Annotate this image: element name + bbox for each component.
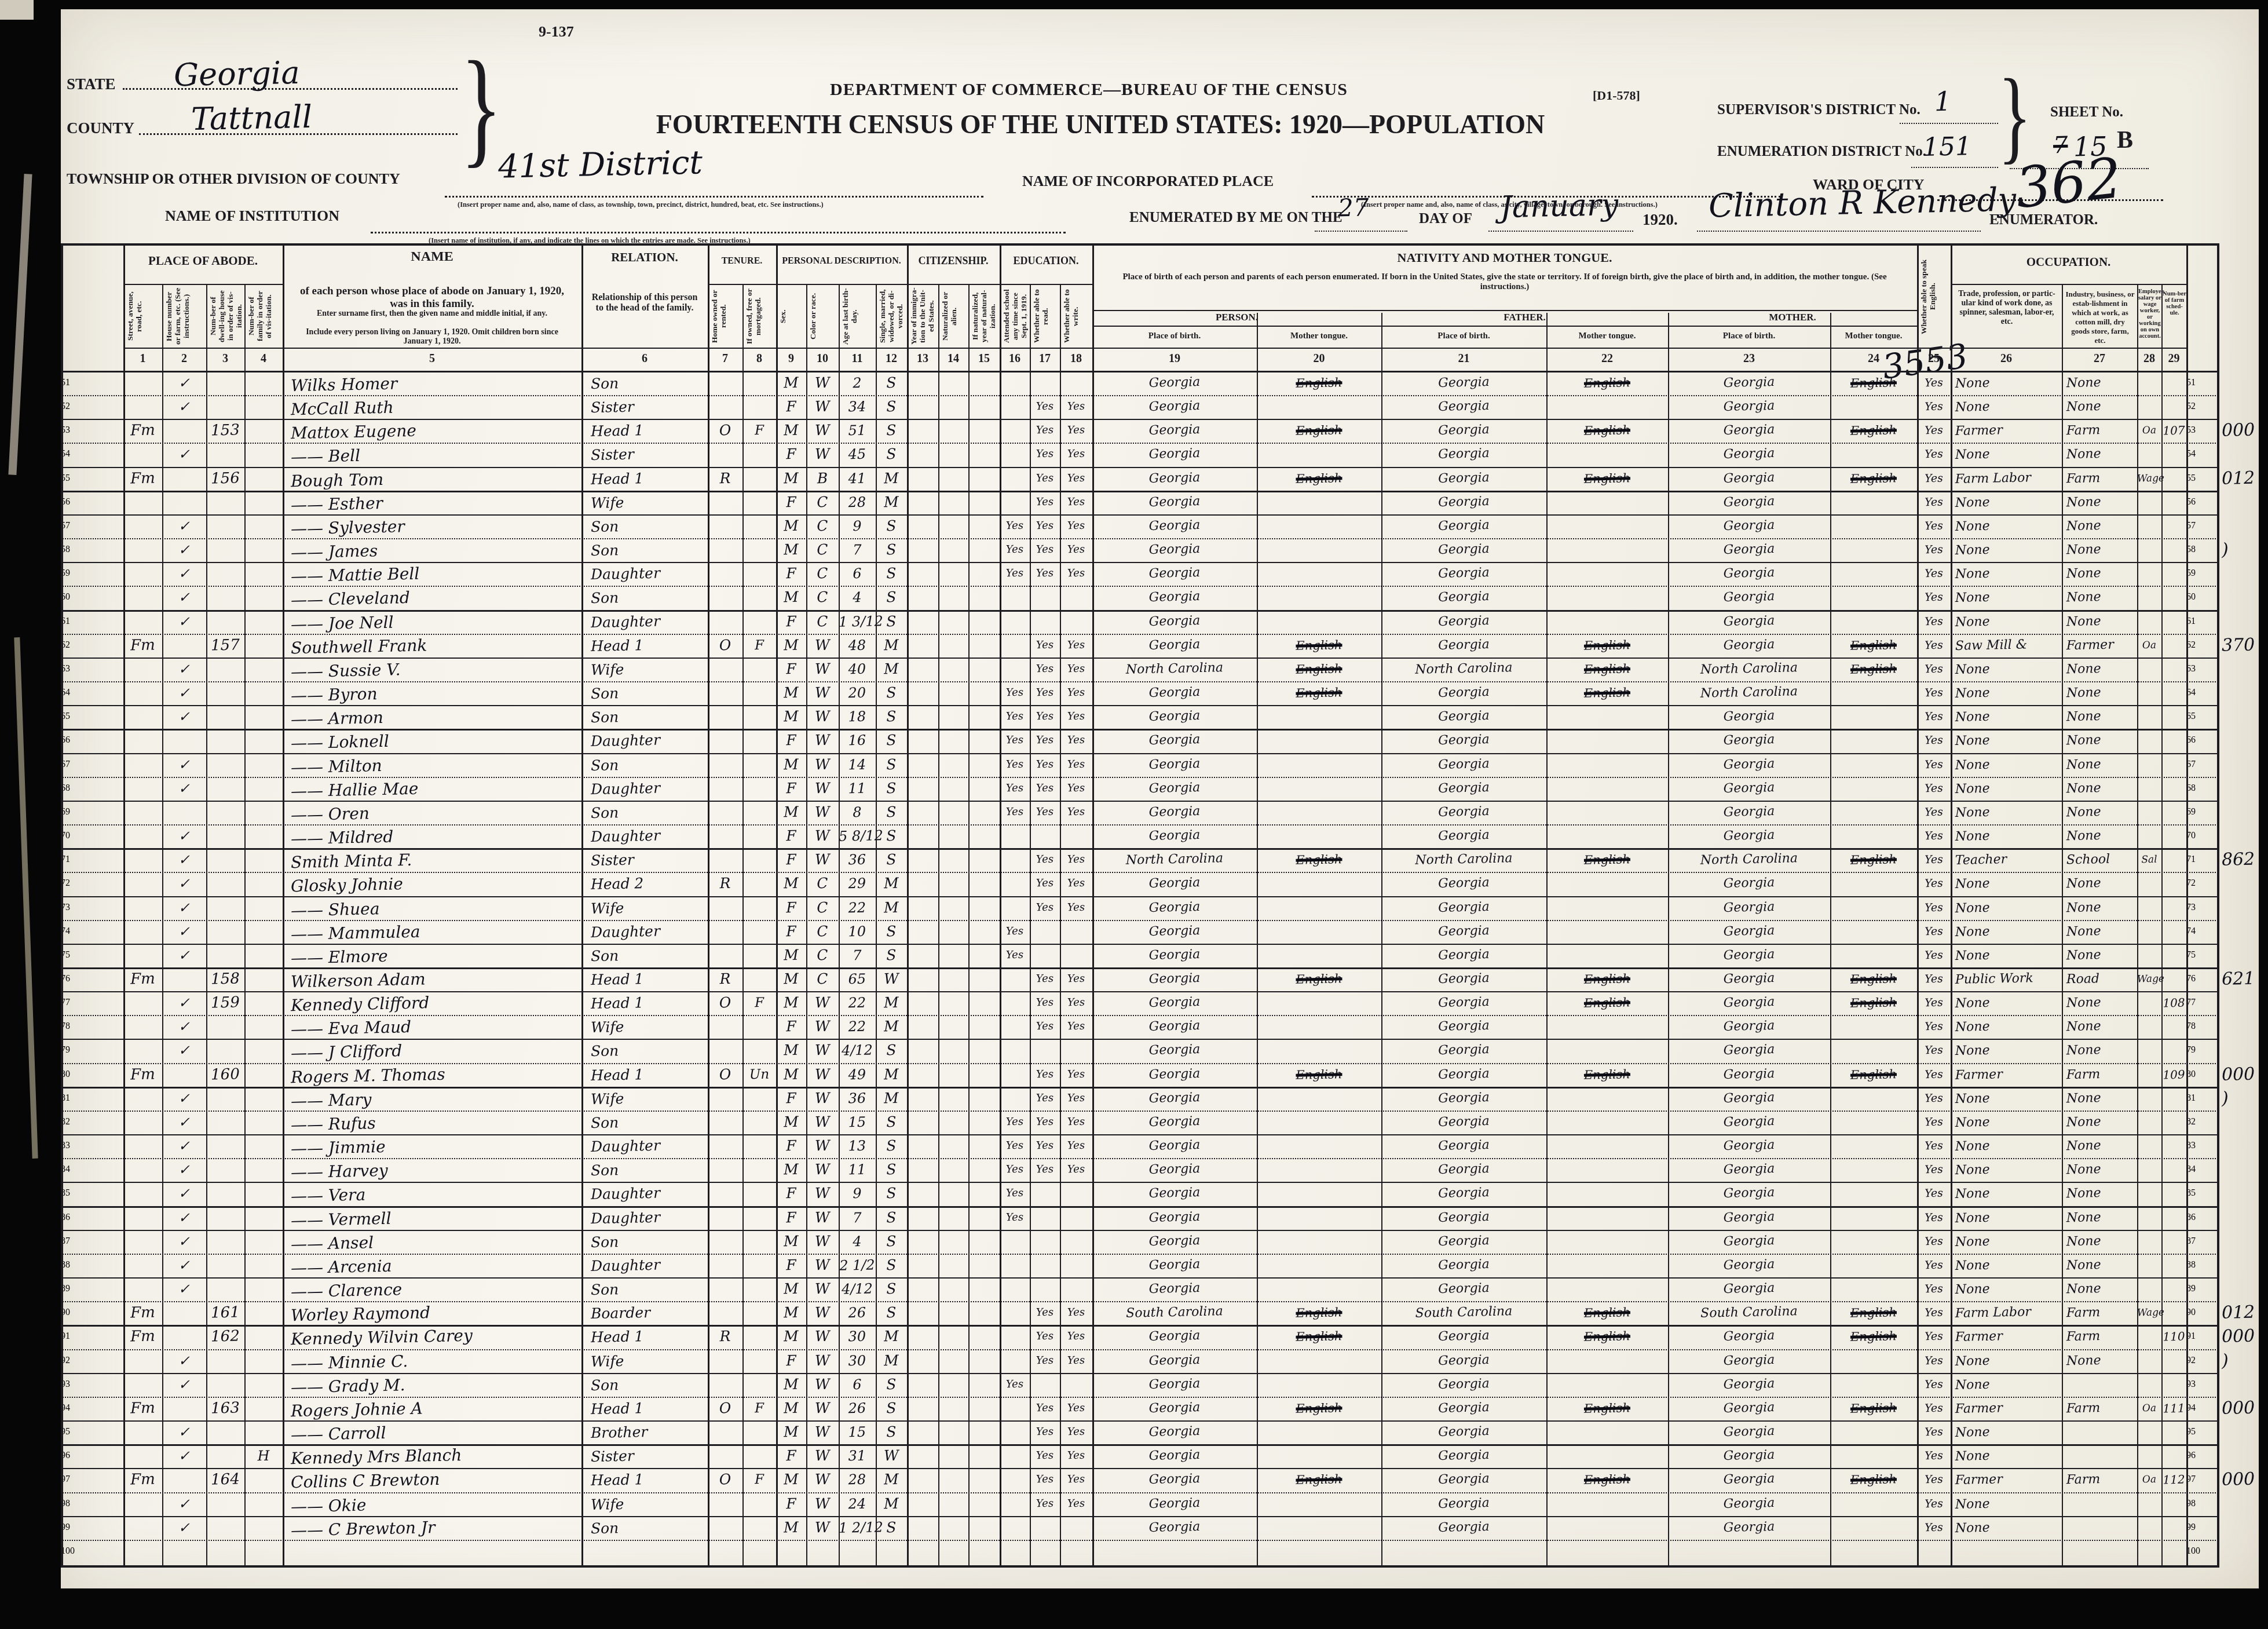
cell-rl: Daughter (581, 1252, 718, 1279)
grid-vline (123, 243, 125, 1565)
cell-rd: Yes (1030, 777, 1060, 801)
cell-wr: Yes (1060, 514, 1093, 539)
cell-en: Yes (1917, 1420, 1951, 1445)
cell-cr: W (806, 681, 839, 706)
cell-wr: Yes (1060, 491, 1093, 515)
cell-fp: Georgia (1381, 1062, 1547, 1089)
cell-mp: Georgia (1668, 1396, 1831, 1423)
census-title: FOURTEENTH CENSUS OF THE UNITED STATES: … (649, 109, 1552, 140)
cell-rl: Son (581, 1229, 718, 1255)
cell-fp: Georgia (1381, 1491, 1547, 1518)
cell-rl: Wife (581, 1014, 718, 1041)
cell-ln: 68 (61, 777, 123, 801)
cell-ag: 6 (839, 563, 876, 587)
cell-fp: Georgia (1381, 776, 1547, 803)
cell-pb: Georgia (1092, 919, 1257, 946)
cell-pb: Georgia (1092, 799, 1257, 827)
cell-ft: English (1546, 1467, 1669, 1494)
cell-st: Fm (123, 1325, 163, 1350)
row-divider (61, 681, 2218, 682)
cell-en: Yes (1917, 1016, 1951, 1040)
cell-cr: W (806, 634, 839, 658)
cell-ag: 9 (839, 514, 876, 539)
cell-em: Oa (2137, 634, 2162, 658)
row-divider (61, 729, 2218, 731)
row-divider (61, 467, 2218, 468)
grid-vline (1917, 243, 1919, 1565)
cell-ln: 86 (61, 1207, 123, 1230)
cell-wr: Yes (1060, 467, 1093, 491)
cell-lnr: 56 (2186, 491, 2218, 515)
cell-tg: English (1257, 466, 1382, 492)
cell-mp: Georgia (1668, 1467, 1831, 1494)
column-number: 21 (1381, 352, 1546, 366)
cell-ms: S (876, 586, 908, 611)
cell-dw: 160 (206, 1063, 245, 1088)
cell-ag: 41 (839, 467, 876, 491)
cell-cr: W (806, 1397, 839, 1421)
cell-cr: W (806, 1277, 839, 1302)
cell-ck: ✓ (162, 514, 207, 539)
cell-mt: English (1830, 1062, 1918, 1088)
cell-fp: Georgia (1381, 418, 1547, 445)
cell-lnr: 53 (2186, 419, 2218, 443)
nativity-person: PERSON. (1092, 312, 1381, 323)
cell-ln: 97 (61, 1469, 123, 1492)
cell-ag: 10 (839, 920, 876, 944)
cell-lnr: 61 (2186, 611, 2218, 634)
cell-mgn: 862 (2218, 848, 2268, 873)
cell-ag: 7 (839, 944, 876, 968)
cell-oc: None (1951, 728, 2067, 754)
cell-ms: M (876, 1016, 908, 1040)
cell-oc: Farm Labor (1951, 466, 2067, 492)
group-place-of-abode: PLACE OF ABODE. (135, 254, 271, 268)
cell-en: Yes (1917, 729, 1951, 754)
cell-cr: W (806, 706, 839, 730)
cell-fp: Georgia (1381, 370, 1547, 397)
row-divider (61, 848, 2218, 850)
cell-en: Yes (1917, 1445, 1951, 1469)
scan-edge-artifact (8, 174, 32, 475)
cell-lnr: 70 (2186, 825, 2218, 849)
cell-mp: Georgia (1668, 1348, 1831, 1375)
cell-oc: Farmer (1951, 418, 2067, 444)
cell-oc: None (1951, 490, 2067, 516)
cell-ms: M (876, 992, 908, 1016)
cell-mp: Georgia (1668, 1205, 1831, 1232)
cell-ms: S (876, 682, 908, 706)
cell-ck: ✓ (162, 872, 207, 897)
cell-mgn: ) (2218, 538, 2268, 563)
cell-sx: M (776, 1159, 807, 1183)
cell-sc: Yes (1000, 1373, 1030, 1397)
cell-rd: Yes (1030, 1325, 1060, 1350)
cell-wr: Yes (1060, 896, 1093, 921)
cell-ag: 28 (839, 1469, 876, 1493)
cell-cr: W (806, 1016, 839, 1040)
cell-pb: Georgia (1092, 728, 1257, 755)
cell-wr: Yes (1060, 443, 1093, 467)
cell-wr: Yes (1060, 1397, 1093, 1421)
cell-sc: Yes (1000, 1159, 1030, 1183)
cell-oc: None (1951, 514, 2067, 540)
cell-fp: Georgia (1381, 1515, 1547, 1542)
cell-sc: Yes (1000, 1182, 1030, 1207)
cell-oc: None (1951, 1444, 2067, 1470)
cell-ms: S (876, 1516, 908, 1540)
cell-in: None (2062, 1015, 2142, 1040)
cell-ms: S (876, 706, 908, 730)
cell-tg: English (1257, 848, 1382, 874)
name-desc-2: Enter surname first, then the given name… (294, 309, 570, 319)
enumerated-month: January (1499, 188, 1618, 225)
cell-sc: Yes (1000, 777, 1030, 801)
grid-hline (708, 284, 1092, 285)
cell-en: Yes (1917, 1039, 1951, 1064)
cell-ag: 26 (839, 1302, 876, 1326)
cell-lnr: 87 (2186, 1230, 2218, 1254)
cell-mp: Georgia (1668, 871, 1831, 898)
grid-vline (876, 284, 877, 1565)
cell-rd: Yes (1030, 729, 1060, 754)
cell-ag: 6 (839, 1373, 876, 1397)
cell-mp: Georgia (1668, 561, 1831, 588)
cell-rl: Wife (581, 656, 718, 683)
cell-ck: ✓ (162, 1277, 207, 1302)
cell-rd: Yes (1030, 753, 1060, 777)
cell-mp: South Carolina (1668, 1300, 1831, 1327)
cell-mp: Georgia (1668, 1157, 1831, 1184)
cell-mp: Georgia (1668, 823, 1831, 850)
cell-sc: Yes (1000, 729, 1030, 754)
cell-fp: Georgia (1381, 1109, 1547, 1137)
grid-vline (1092, 243, 1094, 1565)
row-divider (61, 1087, 2218, 1089)
cell-ln: 57 (61, 515, 123, 539)
cell-ln: 84 (61, 1159, 123, 1182)
cell-rd: Yes (1030, 1135, 1060, 1159)
cell-ln: 85 (61, 1182, 123, 1206)
cell-wr: Yes (1060, 967, 1093, 992)
cell-em: Wage (2137, 1302, 2162, 1326)
cell-ag: 65 (839, 967, 876, 992)
cell-fp: Georgia (1381, 466, 1547, 493)
cell-ck: ✓ (162, 1158, 207, 1183)
cell-mp: Georgia (1668, 370, 1831, 397)
cell-oc: None (1951, 1038, 2067, 1064)
cell-sx: M (776, 586, 807, 611)
cell-mgn: 370 (2218, 634, 2268, 659)
cell-fp: Georgia (1381, 1324, 1547, 1351)
row-divider (61, 443, 2218, 444)
cell-ms: M (876, 1469, 908, 1493)
cell-wr: Yes (1060, 1016, 1093, 1040)
cell-rd: Yes (1030, 491, 1060, 515)
cell-sx: F (776, 1349, 807, 1374)
cell-wr: Yes (1060, 801, 1093, 825)
cell-cr: C (806, 539, 839, 563)
cell-wr: Yes (1060, 1445, 1093, 1469)
column-label-c18: Whether able to write. (1062, 287, 1090, 345)
cell-cr: W (806, 1063, 839, 1087)
cell-sx: M (776, 419, 807, 444)
cell-in: Farm (2062, 1468, 2142, 1493)
cell-fp: Georgia (1381, 1467, 1547, 1494)
column-label-c10: Color or race. (809, 287, 836, 345)
enumerator-line (1697, 231, 1981, 232)
column-number: 29 (2161, 352, 2186, 366)
cell-fp: Georgia (1381, 799, 1547, 827)
cell-cr: C (806, 563, 839, 587)
cell-in: None (2062, 490, 2142, 516)
cell-cr: C (806, 967, 839, 992)
cell-fp: Georgia (1381, 704, 1547, 731)
cell-pb: Georgia (1092, 513, 1257, 540)
col21-label: Place of birth. (1381, 331, 1546, 341)
cell-mp: Georgia (1668, 1419, 1831, 1447)
cell-rl: Daughter (581, 728, 718, 755)
cell-pb: Georgia (1092, 441, 1257, 469)
cell-rl: Daughter (581, 824, 718, 850)
row-divider (61, 1444, 2218, 1446)
cell-rl: Head 1 (581, 967, 718, 994)
cell-ow: O (708, 419, 743, 444)
cell-sx: M (776, 514, 807, 539)
cell-dw: 158 (206, 967, 245, 992)
col28-desc: Employer, salary or wage worker, or work… (2138, 288, 2161, 339)
cell-ag: 4 (839, 1230, 876, 1254)
cell-ln: 82 (61, 1111, 123, 1135)
cell-ck: ✓ (162, 1206, 207, 1231)
cell-en: Yes (1917, 396, 1951, 420)
cell-ck: ✓ (162, 562, 207, 587)
grid-vline (244, 284, 246, 1565)
cell-en: Yes (1917, 1063, 1951, 1087)
cell-pb: North Carolina (1092, 656, 1257, 684)
column-label-c7: Home owned or rented. (710, 287, 740, 345)
cell-rl: Wife (581, 1491, 718, 1518)
cell-pb: Georgia (1092, 1419, 1257, 1447)
cell-ln: 60 (61, 586, 123, 610)
sheet-letter: B (2117, 126, 2133, 154)
cell-mp: Georgia (1668, 1276, 1831, 1303)
cell-ms: W (876, 967, 908, 992)
cell-ft: English (1546, 633, 1669, 660)
cell-fp: Georgia (1381, 441, 1547, 469)
cell-fp: Georgia (1381, 1276, 1547, 1303)
cell-ln: 67 (61, 754, 123, 777)
column-label-c16: Attended school any time since Sept. 1, … (1002, 287, 1027, 345)
row-divider (61, 562, 2218, 563)
cell-ag: 5 8/12 (839, 824, 876, 849)
cell-ln: 95 (61, 1421, 123, 1445)
cell-fp: North Carolina (1381, 847, 1547, 874)
cell-rl: Daughter (581, 561, 718, 588)
cell-cr: W (806, 658, 839, 682)
cell-rl: Head 1 (581, 633, 718, 659)
cell-ms: S (876, 1397, 908, 1421)
cell-ms: S (876, 1039, 908, 1064)
row-divider (61, 1182, 2218, 1183)
cell-mp: Georgia (1668, 609, 1831, 636)
cell-in: None (2062, 562, 2142, 587)
row-divider (61, 1349, 2218, 1350)
cell-sx: F (776, 824, 807, 849)
supervisor-district-label: SUPERVISOR'S DISTRICT No. (1717, 102, 1921, 118)
form-number: 9-137 (539, 23, 574, 41)
cell-sx: F (776, 443, 807, 467)
grid-hline (1092, 326, 1917, 327)
row-divider (61, 1540, 2218, 1541)
group-citizenship: CITIZENSHIP. (907, 255, 1000, 267)
cell-mp: Georgia (1668, 513, 1831, 540)
row-divider (61, 586, 2218, 587)
cell-ms: S (876, 920, 908, 944)
cell-pb: Georgia (1092, 1229, 1257, 1256)
column-number: 6 (581, 352, 708, 366)
grid-hline (1092, 310, 1917, 311)
cell-lnr: 73 (2186, 897, 2218, 921)
cell-fp: Georgia (1381, 1252, 1547, 1280)
cell-lnr: 83 (2186, 1135, 2218, 1159)
row-divider (61, 1015, 2218, 1016)
cell-fp: Georgia (1381, 1348, 1547, 1375)
county-label: COUNTY (67, 119, 134, 137)
row-divider (61, 1277, 2218, 1279)
cell-en: Yes (1917, 777, 1951, 801)
group-education: EDUCATION. (1000, 255, 1092, 267)
cell-pb: Georgia (1092, 1324, 1257, 1351)
cell-sx: M (776, 753, 807, 777)
cell-oc: None (1951, 395, 2067, 421)
cell-mp: North Carolina (1668, 847, 1831, 874)
cell-mp: Georgia (1668, 1181, 1831, 1208)
cell-rd: Yes (1030, 1016, 1060, 1040)
cell-wr: Yes (1060, 681, 1093, 706)
cell-sx: M (776, 1469, 807, 1493)
cell-wr: Yes (1060, 1325, 1093, 1350)
cell-st: Fm (123, 967, 163, 992)
cell-rd: Yes (1030, 658, 1060, 682)
grid-vline (1000, 243, 1001, 1565)
row-divider (61, 824, 2218, 826)
cell-sc: Yes (1000, 1206, 1030, 1230)
cell-rl: Sister (581, 395, 718, 421)
cell-pb: Georgia (1092, 1205, 1257, 1232)
cell-sx: F (776, 729, 807, 754)
cell-ln: 61 (61, 611, 123, 634)
nativity-mother: MOTHER. (1668, 312, 1917, 323)
row-divider (61, 1468, 2218, 1469)
cell-mt: English (1830, 633, 1918, 659)
cell-en: Yes (1917, 1206, 1951, 1230)
cell-mgn: 000 (2218, 1325, 2268, 1350)
cell-ln: 64 (61, 682, 123, 706)
enumerated-day: 27 (1337, 193, 1369, 222)
column-number: 1 (123, 352, 162, 366)
cell-oc: None (1951, 1110, 2067, 1136)
cell-sx: M (776, 944, 807, 968)
cell-lnr: 96 (2186, 1445, 2218, 1469)
cell-cr: W (806, 777, 839, 801)
cell-mp: Georgia (1668, 1086, 1831, 1113)
cell-fp: Georgia (1381, 585, 1547, 612)
cell-cr: W (806, 1254, 839, 1278)
cell-ck: ✓ (162, 777, 207, 802)
cell-ms: S (876, 1182, 908, 1207)
cell-pb: Georgia (1092, 990, 1257, 1017)
cell-wr: Yes (1060, 1063, 1093, 1087)
cell-ms: S (876, 610, 908, 634)
cell-sx: F (776, 849, 807, 873)
cell-mp: Georgia (1668, 394, 1831, 421)
cell-dw: 159 (206, 991, 245, 1016)
row-divider (61, 705, 2218, 706)
cell-ck: ✓ (162, 1420, 207, 1445)
cell-sx: F (776, 777, 807, 801)
cell-rl: Head 1 (581, 1324, 718, 1351)
cell-rd: Yes (1030, 992, 1060, 1016)
cell-lnr: 75 (2186, 944, 2218, 968)
cell-in: None (2062, 729, 2142, 754)
cell-in: None (2062, 896, 2142, 921)
grid-vline (776, 243, 778, 1565)
cell-mp: Georgia (1668, 990, 1831, 1017)
cell-ow: R (708, 1325, 743, 1350)
cell-fs: 108 (2161, 992, 2187, 1016)
cell-ms: M (876, 872, 908, 897)
cell-pb: Georgia (1092, 370, 1257, 397)
cell-in: None (2062, 1277, 2142, 1303)
cell-rl: Son (581, 1515, 718, 1542)
institution-label: NAME OF INSTITUTION (165, 207, 339, 225)
cell-in: None (2062, 943, 2142, 969)
cell-oc: None (1951, 371, 2067, 397)
cell-fp: South Carolina (1381, 1300, 1547, 1327)
row-divider (61, 395, 2218, 396)
cell-mp: Georgia (1668, 418, 1831, 445)
cell-cr: W (806, 1445, 839, 1469)
cell-wr: Yes (1060, 1159, 1093, 1183)
column-label-c12: Single, married, widowed, or di-vorced. (878, 287, 905, 345)
cell-rl: Son (581, 1110, 718, 1137)
cell-in: None (2062, 824, 2142, 850)
cell-pb: Georgia (1092, 943, 1257, 970)
cell-ms: M (876, 634, 908, 658)
cell-ft: English (1546, 371, 1669, 397)
cell-ck: ✓ (162, 1111, 207, 1135)
cell-ms: M (876, 1325, 908, 1350)
cell-in: None (2062, 1111, 2142, 1136)
cell-cr: C (806, 896, 839, 921)
cell-cr: W (806, 801, 839, 825)
cell-tg: English (1257, 1467, 1382, 1494)
cell-mp: Georgia (1668, 1515, 1831, 1542)
cell-lnr: 84 (2186, 1159, 2218, 1182)
cell-lnr: 93 (2186, 1374, 2218, 1397)
cell-ms: S (876, 563, 908, 587)
cell-mgn: 000 (2218, 1468, 2268, 1493)
cell-sx: M (776, 1420, 807, 1445)
cell-cr: W (806, 1420, 839, 1445)
cell-rd: Yes (1030, 1111, 1060, 1135)
cell-in: None (2062, 1229, 2142, 1255)
cell-rd: Yes (1030, 1397, 1060, 1421)
cell-oc: Farmer (1951, 1062, 2067, 1089)
column-label-c4: Num-ber of family in order of vis-itatio… (247, 287, 280, 345)
cell-tg: English (1257, 1396, 1382, 1423)
